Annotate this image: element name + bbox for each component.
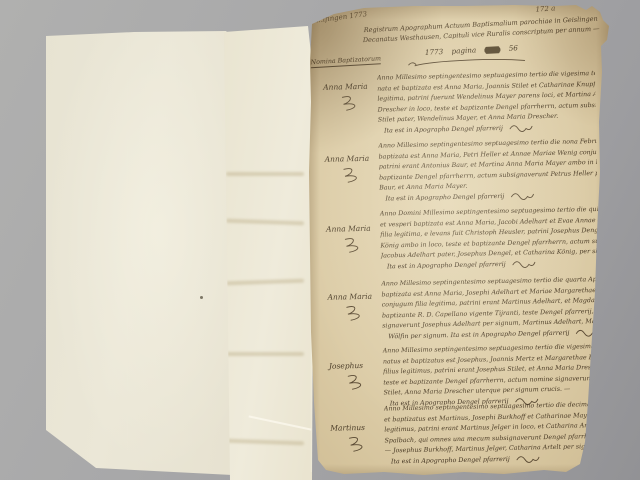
paraph-flourish (341, 166, 361, 184)
entry-text: Anno Domini Millesimo septingentesimo se… (380, 205, 599, 263)
signature-flourish (509, 191, 535, 201)
entry-text: Anno Millesimo septingentesimo septuages… (381, 275, 600, 333)
manuscript-content: …lfingen 1773 172 a Registrum Apographum… (299, 0, 621, 480)
signature-flourish (515, 454, 541, 464)
baptism-entry: Anna Maria Anno Millesimo septingentesim… (305, 275, 606, 345)
entry-text: Anno Millesimo septingentesimo septuages… (378, 137, 597, 195)
margin-name: Anna Maria (325, 154, 370, 164)
ink-speck (200, 296, 203, 299)
fold-edge (248, 415, 311, 430)
baptism-entry: Martinus Anno Millesimo septingentesimo … (308, 400, 609, 470)
signature-flourish (508, 123, 534, 133)
margin-name: Anna Maria (323, 82, 368, 92)
paraph-flourish (346, 435, 366, 453)
margin-name: Anna Maria (326, 224, 371, 234)
margin-name: Josephus (329, 361, 363, 371)
paraph-flourish (339, 94, 359, 112)
register-title: Registrum Apographum Actuum Baptismalium… (362, 14, 601, 46)
under-page (220, 22, 318, 480)
folio-number: 172 a (535, 4, 555, 13)
ink-scribble-strikeout (484, 47, 500, 53)
baptism-entry: Anna Maria Anno Millesimo septingentesim… (301, 69, 602, 139)
underline-flourish (405, 55, 529, 67)
paraph-flourish (345, 373, 365, 391)
paraph-flourish (344, 304, 364, 322)
closing-text: Ita est in Apographo Dengel pfarrerij (391, 456, 510, 465)
showthrough-line (226, 439, 304, 446)
column-header-nomina: Nomina Baptizatorum (310, 55, 381, 68)
closing-text: Ita est in Apographo Dengel pfarrerij (387, 261, 506, 270)
closing-text: Wölfin per signum. Ita est in Apographo … (388, 330, 569, 341)
margin-name: Anna Maria (327, 292, 372, 302)
showthrough-line (226, 172, 304, 176)
paraph-flourish (342, 236, 362, 254)
margin-name: Martinus (330, 423, 365, 433)
manuscript-page: …lfingen 1773 172 a Registrum Apographum… (304, 2, 616, 480)
baptism-entry: Anna Maria Anno Domini Millesimo septing… (304, 205, 605, 275)
showthrough-line (226, 219, 304, 226)
closing-text: Ita est in Apographo Dengel pfarrerij (385, 193, 504, 202)
entry-text: Anno Millesimo septingentesimo septuages… (384, 400, 603, 458)
pagina-label: pagina (451, 45, 476, 55)
signature-flourish (574, 328, 600, 338)
photo-backdrop: …lfingen 1773 172 a Registrum Apographum… (0, 0, 640, 480)
showthrough-line (226, 279, 304, 286)
baptism-entry: Anna Maria Anno Millesimo septingentesim… (302, 137, 603, 207)
page-56: 56 (508, 43, 518, 52)
year-1773: 1773 (425, 47, 444, 58)
blank-cover-page (44, 28, 252, 480)
closing-text: Ita est in Apographo Dengel pfarrerij (384, 125, 503, 134)
showthrough-line (226, 352, 304, 356)
signature-flourish (511, 259, 537, 269)
archival-note: …lfingen 1773 (315, 10, 367, 24)
entry-text: Anno Millesimo septingentesimo septuages… (377, 69, 596, 127)
entry-text: Anno Millesimo septingentesimo septuages… (383, 342, 602, 400)
